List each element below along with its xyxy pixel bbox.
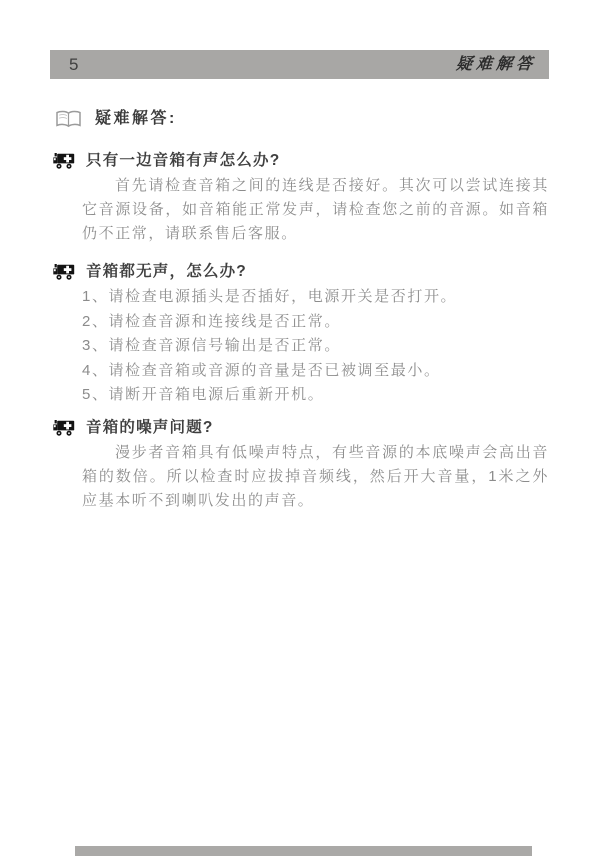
ambulance-truck-icon xyxy=(53,264,75,280)
page-content: 疑难解答: 只有一边音箱有声怎么办? xyxy=(50,107,550,513)
manual-page: 5 疑难解答 疑难解答: xyxy=(0,0,600,858)
chapter-title: 疑难解答 xyxy=(455,57,536,73)
ambulance-truck-icon xyxy=(53,420,75,436)
answer-paragraph: 漫步者音箱具有低噪声特点，有些音源的本底噪声会高出音箱的数倍。所以检查时应拔掉音… xyxy=(82,441,549,513)
section-heading-row: 疑难解答: xyxy=(55,107,550,131)
step-item: 3、请检查音源信号输出是否正常。 xyxy=(82,334,550,359)
page-footer-bar xyxy=(75,846,532,856)
faq-section-noise: 音箱的噪声问题? 漫步者音箱具有低噪声特点，有些音源的本底噪声会高出音箱的数倍。… xyxy=(50,417,550,513)
step-item: 1、请检查电源插头是否插好，电源开关是否打开。 xyxy=(82,285,550,310)
faq-section-one-speaker: 只有一边音箱有声怎么办? 首先请检查音箱之间的连线是否接好。其次可以尝试连接其它… xyxy=(50,150,550,246)
question-title: 只有一边音箱有声怎么办? xyxy=(86,150,280,172)
ambulance-truck-icon xyxy=(53,153,75,169)
question-row: 音箱都无声，怎么办? xyxy=(53,261,550,283)
troubleshooting-steps-list: 1、请检查电源插头是否插好，电源开关是否打开。 2、请检查音源和连接线是否正常。… xyxy=(82,285,550,408)
page-header-bar: 5 疑难解答 xyxy=(50,50,549,79)
step-item: 4、请检查音箱或音源的音量是否已被调至最小。 xyxy=(82,359,550,384)
open-book-icon xyxy=(55,110,82,129)
page-title: 疑难解答: xyxy=(95,107,177,131)
question-title: 音箱的噪声问题? xyxy=(86,417,214,439)
step-item: 5、请断开音箱电源后重新开机。 xyxy=(82,383,550,408)
faq-section-no-sound: 音箱都无声，怎么办? 1、请检查电源插头是否插好，电源开关是否打开。 2、请检查… xyxy=(50,261,550,408)
question-row: 只有一边音箱有声怎么办? xyxy=(53,150,550,172)
step-item: 2、请检查音源和连接线是否正常。 xyxy=(82,310,550,335)
page-number: 5 xyxy=(69,56,78,73)
answer-paragraph: 首先请检查音箱之间的连线是否接好。其次可以尝试连接其它音源设备，如音箱能正常发声… xyxy=(82,174,549,246)
question-title: 音箱都无声，怎么办? xyxy=(86,261,247,283)
question-row: 音箱的噪声问题? xyxy=(53,417,550,439)
